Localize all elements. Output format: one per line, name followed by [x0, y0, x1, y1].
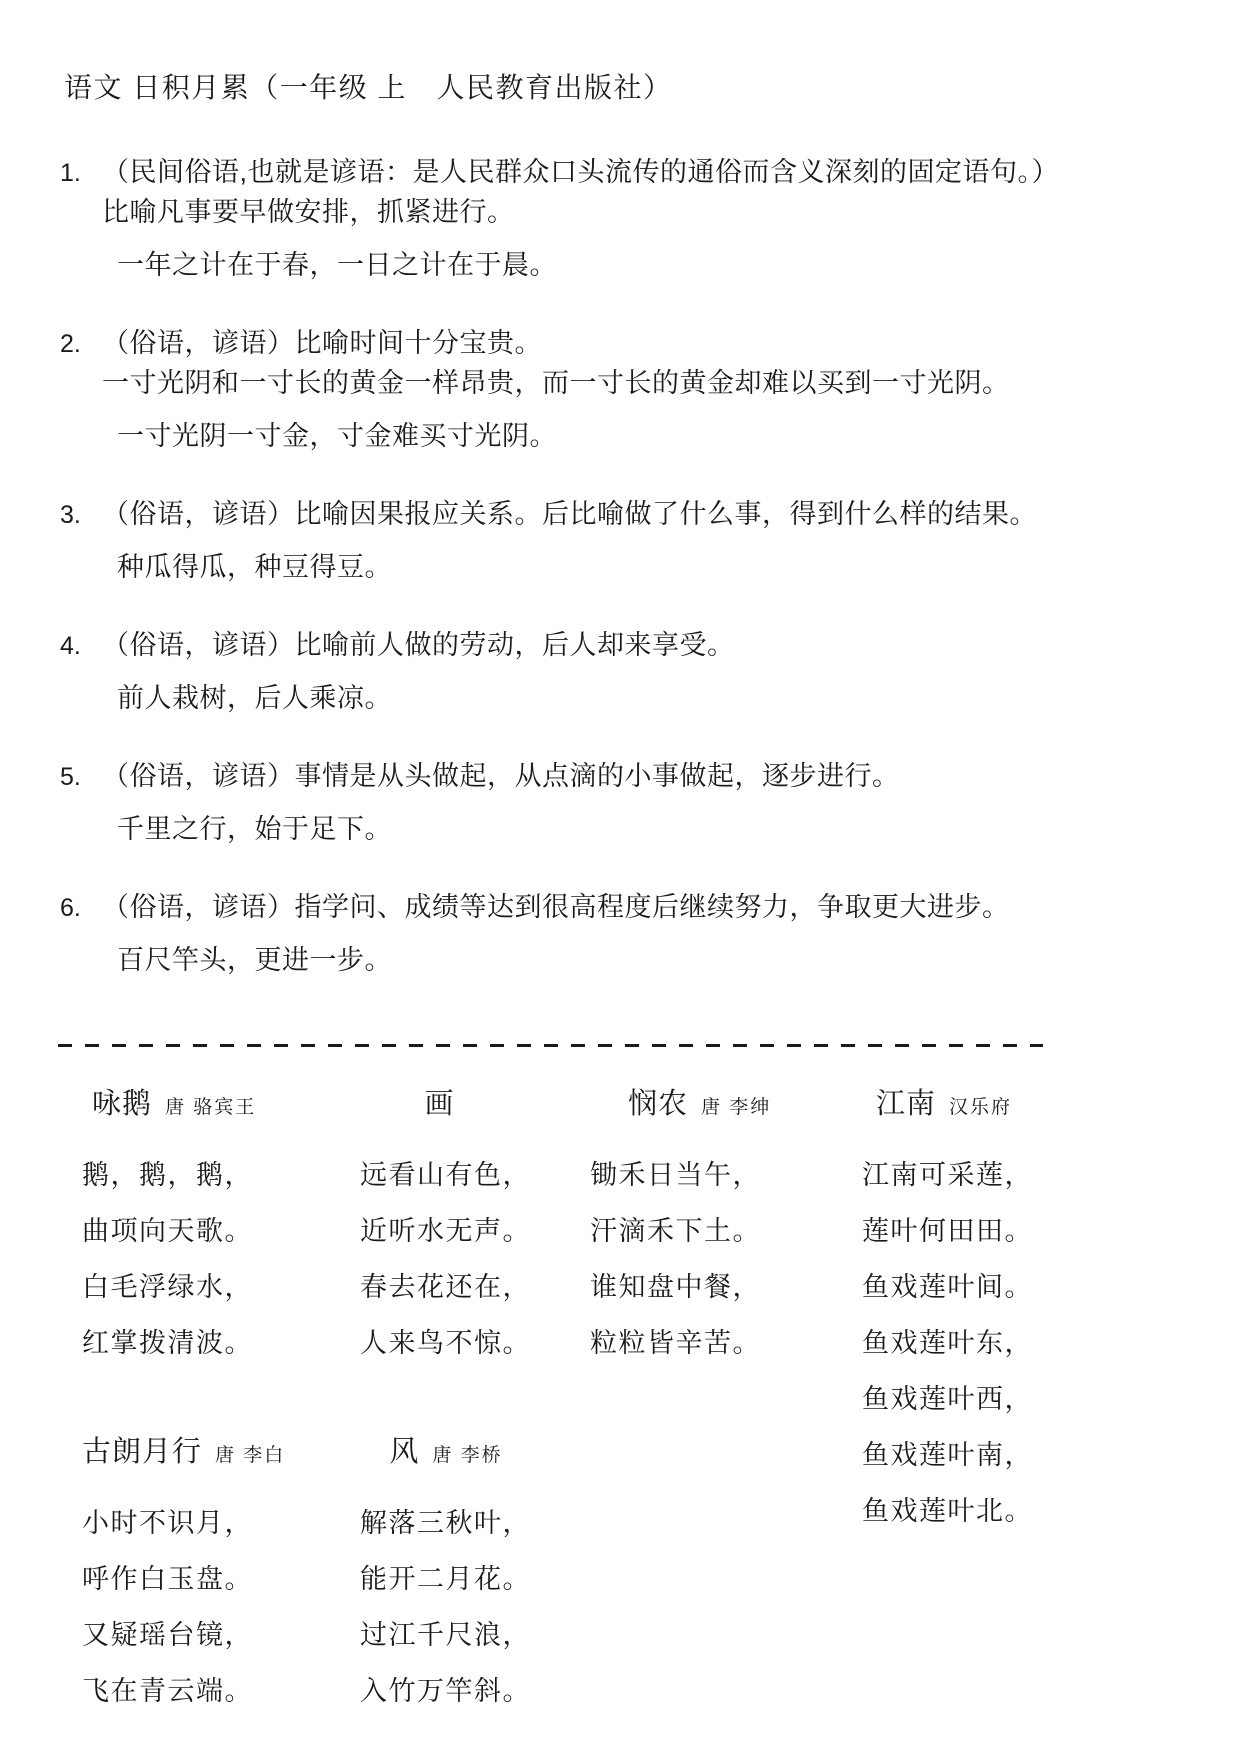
poem-header: 画	[360, 1087, 532, 1125]
poem-line: 远看山有色，	[360, 1147, 590, 1203]
poem-author: 唐 李白	[215, 1445, 285, 1466]
item-proverb: 前人栽树，后人乘凉。	[102, 678, 1186, 718]
poem-column-2: 画 远看山有色， 近听水无声。 春去花还在， 人来鸟不惊。 风唐 李桥 解落三秋…	[360, 1087, 590, 1719]
item-number: 6.	[60, 888, 81, 928]
poem-line: 粒粒皆辛苦。	[590, 1315, 862, 1371]
proverb-list: 1. （民间俗语,也就是谚语：是人民群众口头流传的通俗而含义深刻的固定语句。） …	[58, 152, 1186, 980]
poem-line: 春去花还在，	[360, 1259, 590, 1315]
poem-line: 又疑瑶台镜，	[82, 1607, 360, 1663]
poem-line: 过江千尺浪，	[360, 1607, 590, 1663]
item-proverb: 千里之行，始于足下。	[102, 809, 1186, 849]
poem-title: 古朗月行	[82, 1436, 202, 1468]
poem-section: 咏鹅唐 骆宾王 鹅，鹅，鹅， 曲项向天歌。 白毛浮绿水， 红掌拨清波。 古朗月行…	[82, 1087, 1186, 1719]
item-number: 5.	[60, 757, 81, 797]
poem-header: 风唐 李桥	[360, 1435, 532, 1473]
poem-line: 汗滴禾下土。	[590, 1203, 862, 1259]
poem-feng: 风唐 李桥 解落三秋叶， 能开二月花。 过江千尺浪， 入竹万竿斜。	[360, 1435, 590, 1719]
poem-column-1: 咏鹅唐 骆宾王 鹅，鹅，鹅， 曲项向天歌。 白毛浮绿水， 红掌拨清波。 古朗月行…	[82, 1087, 360, 1719]
item-description-line: （俗语，谚语）指学问、成绩等达到很高程度后继续努力，争取更大进步。	[102, 887, 1186, 927]
poem-line: 白毛浮绿水，	[82, 1259, 360, 1315]
item-proverb: 一寸光阴一寸金，寸金难买寸光阴。	[102, 416, 1186, 456]
poem-min-nong: 悯农唐 李绅 锄禾日当午， 汗滴禾下土。 谁知盘中餐， 粒粒皆辛苦。	[590, 1087, 862, 1371]
poem-line: 鱼戏莲叶南，	[862, 1427, 1033, 1483]
poem-jiang-nan: 江南汉乐府 江南可采莲， 莲叶何田田。 鱼戏莲叶间。 鱼戏莲叶东， 鱼戏莲叶西，…	[862, 1087, 1033, 1539]
poem-line: 锄禾日当午，	[590, 1147, 862, 1203]
dashed-divider	[58, 1044, 1043, 1047]
poem-line: 鱼戏莲叶西，	[862, 1371, 1033, 1427]
item-description-line: （俗语，谚语）事情是从头做起，从点滴的小事做起，逐步进行。	[102, 756, 1186, 796]
item-description-line: 比喻凡事要早做安排，抓紧进行。	[102, 192, 1186, 232]
poem-title: 画	[424, 1088, 454, 1120]
poem-title: 江南	[876, 1088, 936, 1120]
poem-gu-lang-yue-xing: 古朗月行唐 李白 小时不识月， 呼作白玉盘。 又疑瑶台镜， 飞在青云端。	[82, 1435, 360, 1719]
poem-header: 古朗月行唐 李白	[82, 1435, 360, 1473]
proverb-item-1: 1. （民间俗语,也就是谚语：是人民群众口头流传的通俗而含义深刻的固定语句。） …	[58, 152, 1186, 285]
poem-hua: 画 远看山有色， 近听水无声。 春去花还在， 人来鸟不惊。	[360, 1087, 590, 1371]
item-description-line: （民间俗语,也就是谚语：是人民群众口头流传的通俗而含义深刻的固定语句。）	[102, 152, 1186, 192]
poem-line: 人来鸟不惊。	[360, 1315, 590, 1371]
poem-line: 呼作白玉盘。	[82, 1551, 360, 1607]
item-description-line: （俗语，谚语）比喻因果报应关系。后比喻做了什么事，得到什么样的结果。	[102, 494, 1186, 534]
item-number: 1.	[60, 153, 81, 193]
proverb-item-6: 6. （俗语，谚语）指学问、成绩等达到很高程度后继续努力，争取更大进步。 百尺竿…	[58, 887, 1186, 980]
poem-author: 唐 李绅	[701, 1097, 771, 1118]
poem-line: 鱼戏莲叶东，	[862, 1315, 1033, 1371]
poem-source: 汉乐府	[949, 1097, 1012, 1118]
poem-line: 鱼戏莲叶北。	[862, 1483, 1033, 1539]
poem-column-3: 悯农唐 李绅 锄禾日当午， 汗滴禾下土。 谁知盘中餐， 粒粒皆辛苦。	[590, 1087, 862, 1371]
proverb-item-2: 2. （俗语，谚语）比喻时间十分宝贵。 一寸光阴和一寸长的黄金一样昂贵，而一寸长…	[58, 323, 1186, 456]
item-proverb: 百尺竿头，更进一步。	[102, 940, 1186, 980]
poem-line: 小时不识月，	[82, 1495, 360, 1551]
poem-header: 咏鹅唐 骆宾王	[82, 1087, 360, 1125]
poem-column-4: 江南汉乐府 江南可采莲， 莲叶何田田。 鱼戏莲叶间。 鱼戏莲叶东， 鱼戏莲叶西，…	[862, 1087, 1033, 1539]
poem-line: 解落三秋叶，	[360, 1495, 590, 1551]
item-description-line: （俗语，谚语）比喻前人做的劳动，后人却来享受。	[102, 625, 1186, 665]
poem-line: 鹅，鹅，鹅，	[82, 1147, 360, 1203]
item-number: 2.	[60, 324, 81, 364]
proverb-item-3: 3. （俗语，谚语）比喻因果报应关系。后比喻做了什么事，得到什么样的结果。 种瓜…	[58, 494, 1186, 587]
poem-author: 唐 骆宾王	[165, 1097, 256, 1118]
proverb-item-4: 4. （俗语，谚语）比喻前人做的劳动，后人却来享受。 前人栽树，后人乘凉。	[58, 625, 1186, 718]
page-title: 语文 日积月累（一年级 上 人民教育出版社）	[64, 66, 1186, 106]
poem-header: 悯农唐 李绅	[590, 1087, 862, 1125]
worksheet-page: 语文 日积月累（一年级 上 人民教育出版社） 1. （民间俗语,也就是谚语：是人…	[0, 0, 1241, 1755]
poem-line: 入竹万竿斜。	[360, 1663, 590, 1719]
poem-author: 唐 李桥	[432, 1445, 502, 1466]
poem-line: 能开二月花。	[360, 1551, 590, 1607]
poem-title: 悯农	[628, 1088, 688, 1120]
poem-yong-e: 咏鹅唐 骆宾王 鹅，鹅，鹅， 曲项向天歌。 白毛浮绿水， 红掌拨清波。	[82, 1087, 360, 1371]
item-description-line: 一寸光阴和一寸长的黄金一样昂贵，而一寸长的黄金却难以买到一寸光阴。	[102, 363, 1186, 403]
poem-line: 莲叶何田田。	[862, 1203, 1033, 1259]
poem-line: 江南可采莲，	[862, 1147, 1033, 1203]
poem-line: 谁知盘中餐，	[590, 1259, 862, 1315]
item-proverb: 种瓜得瓜，种豆得豆。	[102, 547, 1186, 587]
poem-line: 鱼戏莲叶间。	[862, 1259, 1033, 1315]
item-proverb: 一年之计在于春，一日之计在于晨。	[102, 245, 1186, 285]
item-description-line: （俗语，谚语）比喻时间十分宝贵。	[102, 323, 1186, 363]
item-number: 4.	[60, 626, 81, 666]
poem-title: 风	[389, 1436, 419, 1468]
poem-line: 曲项向天歌。	[82, 1203, 360, 1259]
proverb-item-5: 5. （俗语，谚语）事情是从头做起，从点滴的小事做起，逐步进行。 千里之行，始于…	[58, 756, 1186, 849]
poem-line: 近听水无声。	[360, 1203, 590, 1259]
poem-title: 咏鹅	[92, 1088, 152, 1120]
item-number: 3.	[60, 495, 81, 535]
poem-header: 江南汉乐府	[862, 1087, 1033, 1125]
poem-line: 红掌拨清波。	[82, 1315, 360, 1371]
poem-line: 飞在青云端。	[82, 1663, 360, 1719]
